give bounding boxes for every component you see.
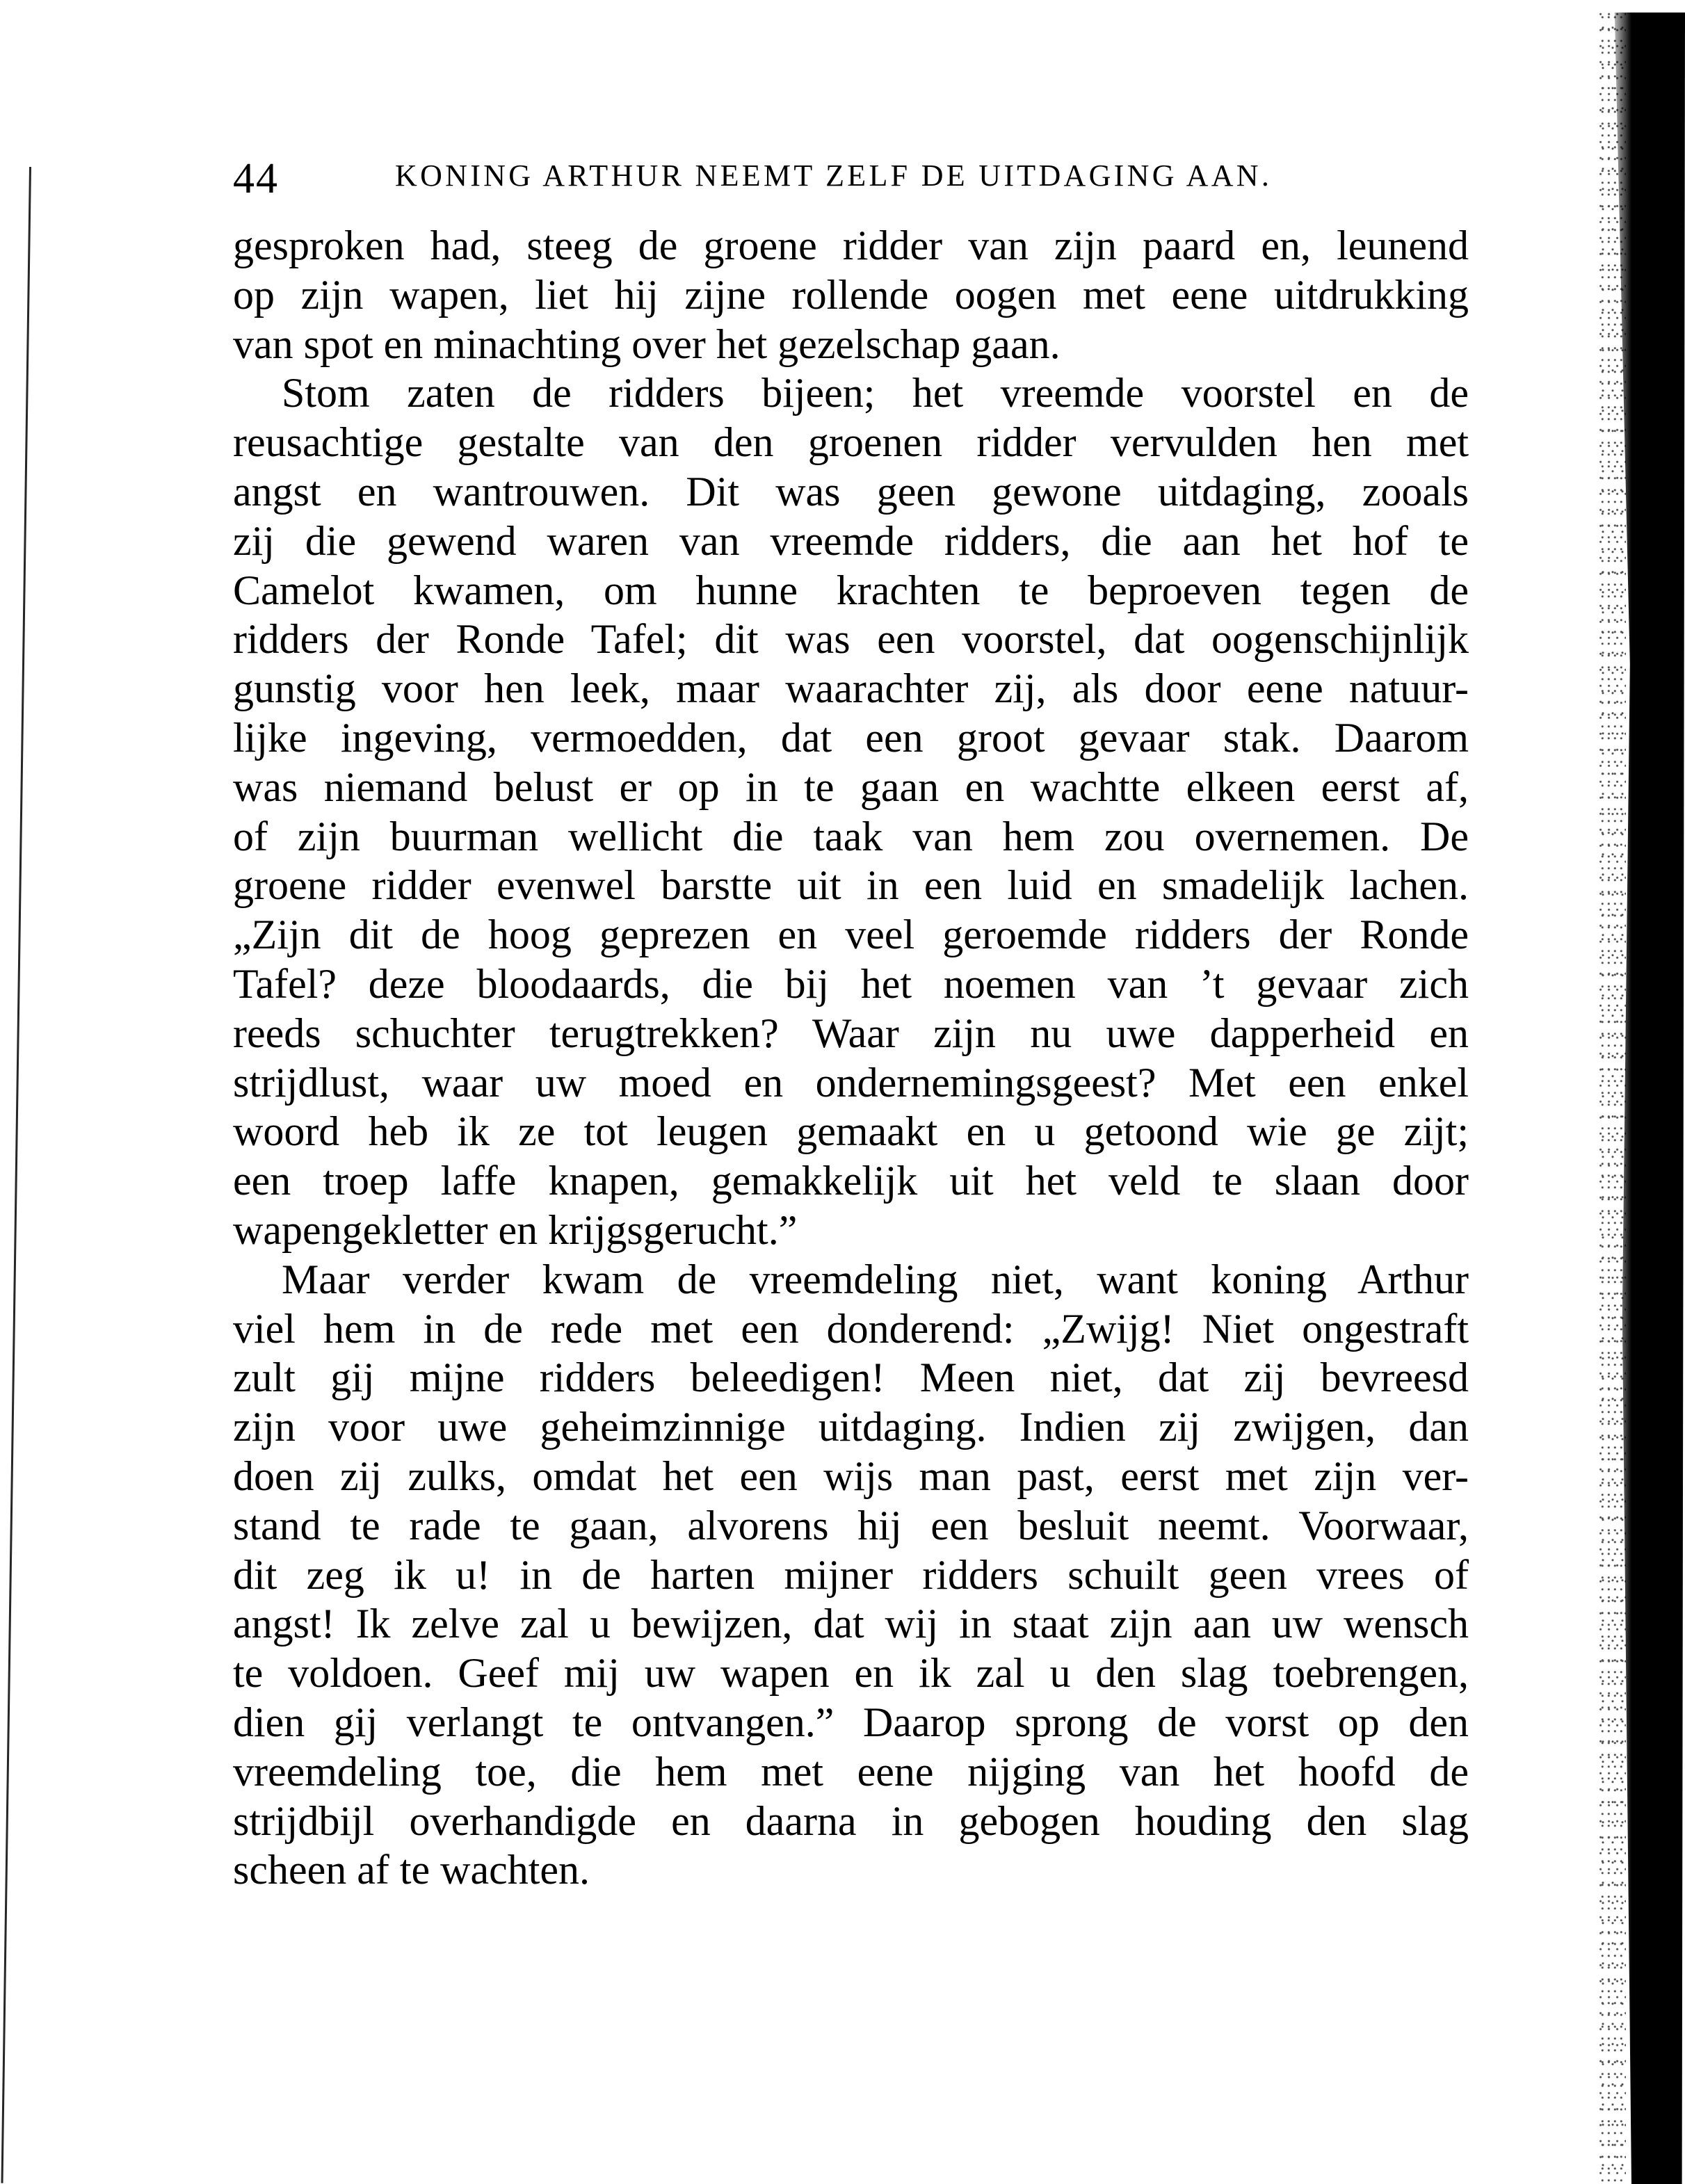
scanned-book-page: 44 KONING ARTHUR NEEMT ZELF DE UITDAGING… <box>0 0 1685 2184</box>
text-line: viel hem in de rede met een donderend: „… <box>233 1304 1469 1354</box>
text-line: Stom zaten de ridders bijeen; het vreemd… <box>233 369 1469 418</box>
paragraph-1: gesproken had, steeg de groene ridder va… <box>233 221 1469 369</box>
text-line: woord heb ik ze tot leugen gemaakt en u … <box>233 1107 1469 1156</box>
text-line: gunstig voor hen leek, maar waarachter z… <box>233 664 1469 713</box>
text-line: scheen af te wachten. <box>233 1845 1469 1895</box>
text-line: reeds schuchter terugtrekken? Waar zijn … <box>233 1009 1469 1058</box>
text-line: of zijn buurman wellicht die taak van he… <box>233 812 1469 862</box>
running-head-title: KONING ARTHUR NEEMT ZELF DE UITDAGING AA… <box>395 159 1272 193</box>
text-line: wapengekletter en krijgsgerucht.” <box>233 1206 1469 1255</box>
text-line: zult gij mijne ridders beleedigen! Meen … <box>233 1353 1469 1402</box>
text-line: strijdbijl overhandigde en daarna in geb… <box>233 1797 1469 1846</box>
text-line: strijdlust, waar uw moed en ondernemings… <box>233 1058 1469 1108</box>
text-line: was niemand belust er op in te gaan en w… <box>233 763 1469 812</box>
text-line: te voldoen. Geef mij uw wapen en ik zal … <box>233 1649 1469 1698</box>
text-line: ridders der Ronde Tafel; dit was een voo… <box>233 615 1469 664</box>
paragraph-2: Stom zaten de ridders bijeen; het vreemd… <box>233 369 1469 910</box>
text-line: „Zijn dit de hoog geprezen en veel geroe… <box>233 910 1469 960</box>
text-line: gesproken had, steeg de groene ridder va… <box>233 221 1469 270</box>
text-line: een troep laffe knapen, gemakkelijk uit … <box>233 1156 1469 1206</box>
text-line: doen zij zulks, omdat het een wijs man p… <box>233 1452 1469 1501</box>
text-line: Tafel? deze bloodaards, die bij het noem… <box>233 960 1469 1009</box>
text-line: angst! Ik zelve zal u bewijzen, dat wij … <box>233 1599 1469 1649</box>
text-line: dien gij verlangt te ontvangen.” Daarop … <box>233 1698 1469 1747</box>
page-edge-line <box>1 167 31 2183</box>
text-line: Camelot kwamen, om hunne krachten te bep… <box>233 566 1469 615</box>
paragraph-4: Maar verder kwam de vreemdeling niet, wa… <box>233 1255 1469 1895</box>
text-line: dit zeg ik u! in de harten mijner ridder… <box>233 1551 1469 1600</box>
text-line: angst en wantrouwen. Dit was geen gewone… <box>233 467 1469 517</box>
text-line: reusachtige gestalte van den groenen rid… <box>233 418 1469 467</box>
text-line: groene ridder evenwel barstte uit in een… <box>233 861 1469 910</box>
paragraph-3: „Zijn dit de hoog geprezen en veel geroe… <box>233 910 1469 1255</box>
text-line: lijke ingeving, vermoedden, dat een groo… <box>233 713 1469 763</box>
text-line: zij die gewend waren van vreemde ridders… <box>233 517 1469 566</box>
text-line: stand te rade te gaan, alvorens hij een … <box>233 1501 1469 1551</box>
book-binding-speckle <box>1598 13 1626 2184</box>
running-head: 44 KONING ARTHUR NEEMT ZELF DE UITDAGING… <box>233 154 1304 203</box>
text-line: Maar verder kwam de vreemdeling niet, wa… <box>233 1255 1469 1304</box>
text-line: op zijn wapen, liet hij zijne rollende o… <box>233 270 1469 320</box>
page-number: 44 <box>233 154 279 203</box>
text-line: van spot en minachting over het gezelsch… <box>233 320 1469 369</box>
body-text: gesproken had, steeg de groene ridder va… <box>233 221 1469 1895</box>
text-line: vreemdeling toe, die hem met eene nijgin… <box>233 1747 1469 1797</box>
text-line: zijn voor uwe geheimzinnige uitdaging. I… <box>233 1402 1469 1452</box>
